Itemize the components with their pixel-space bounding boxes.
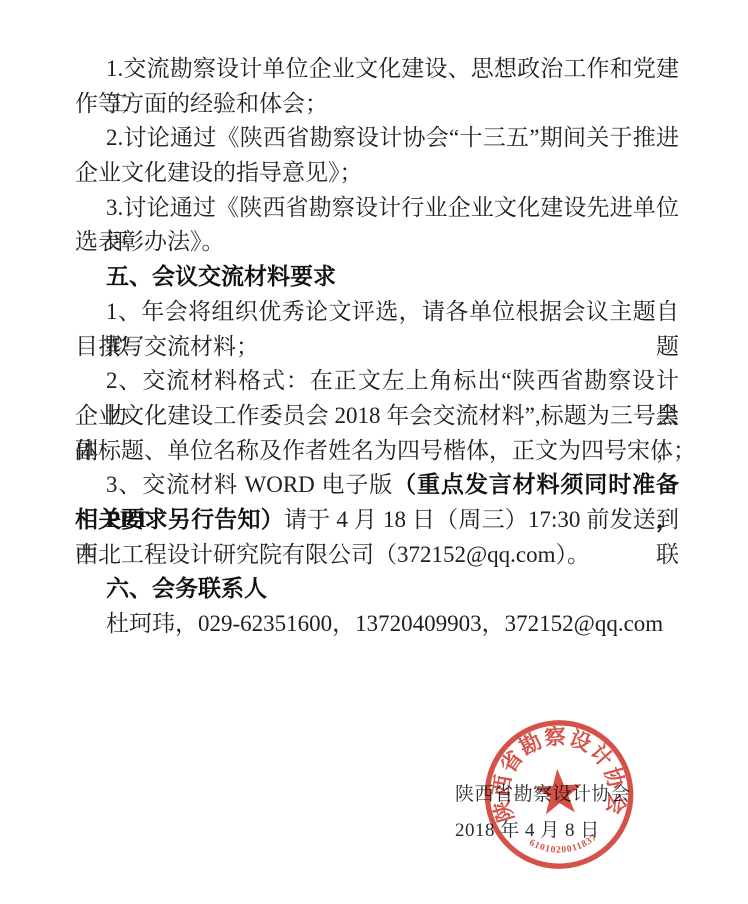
text-line: 选表彰办法》。 [75,225,679,260]
bold-text-run: 相关要求另行告知） [75,507,284,532]
text-line: 2、交流材料格式：在正文左上角标出“陕西省勘察设计协会 [75,364,679,399]
signature-org: 陕西省勘察设计协会 [455,782,631,818]
text-run: 副标题、单位名称及作者姓名为四号楷体，正文为四号宋体； [75,438,696,463]
text-line: 企业文化建设工作委员会 2018 年会交流材料”,标题为三号黑体， [75,399,679,434]
text-run: 3、交流材料 WORD 电子版 [106,472,393,497]
signature-date: 2018 年 4 月 8 日 [455,818,631,854]
text-line: 作等方面的经验和体会； [75,87,679,122]
text-run: 西北工程设计研究院有限公司（372152@qq.com）。 [75,542,590,567]
text-line: 相关要求另行告知）请于 4 月 18 日（周三）17:30 前发送到中联 [75,503,679,538]
text-line: 1、年会将组织优秀论文评选，请各单位根据会议主题自拟题 [75,295,679,330]
text-line: 2.讨论通过《陕西省勘察设计协会“十三五”期间关于推进 [75,121,679,156]
text-line: 1.交流勘察设计单位企业文化建设、思想政治工作和党建工 [75,52,679,87]
text-run: 选表彰办法》。 [75,229,225,254]
text-run: 作等方面的经验和体会； [75,91,328,116]
text-run: 企业文化建设的指导意见》； [75,160,363,185]
section-heading-line: 六、会务联系人 [75,572,679,607]
document-body: 1.交流勘察设计单位企业文化建设、思想政治工作和党建工作等方面的经验和体会；2.… [75,52,679,642]
document-page: 1.交流勘察设计单位企业文化建设、思想政治工作和党建工作等方面的经验和体会；2.… [0,0,748,904]
bold-text-run: 五、会议交流材料要求 [106,264,336,289]
text-line: 3、交流材料 WORD 电子版（重点发言材料须同时准备 PPT， [75,468,679,503]
text-line: 西北工程设计研究院有限公司（372152@qq.com）。 [75,538,679,573]
text-line: 副标题、单位名称及作者姓名为四号楷体，正文为四号宋体； [75,434,679,469]
text-line: 企业文化建设的指导意见》； [75,156,679,191]
signature-block: 陕西省勘察设计协会 2018 年 4 月 8 日 [455,782,631,854]
bold-text-run: 六、会务联系人 [106,576,267,601]
section-heading-line: 五、会议交流材料要求 [75,260,679,295]
text-line: 杜珂玮，029-62351600，13720409903，372152@qq.c… [75,607,679,642]
text-run: 杜珂玮，029-62351600，13720409903，372152@qq.c… [106,611,663,636]
text-line: 3.讨论通过《陕西省勘察设计行业企业文化建设先进单位评 [75,191,679,226]
text-run: 2.讨论通过《陕西省勘察设计协会“十三五”期间关于推进 [106,125,679,150]
text-run: 目撰写交流材料； [75,334,259,359]
